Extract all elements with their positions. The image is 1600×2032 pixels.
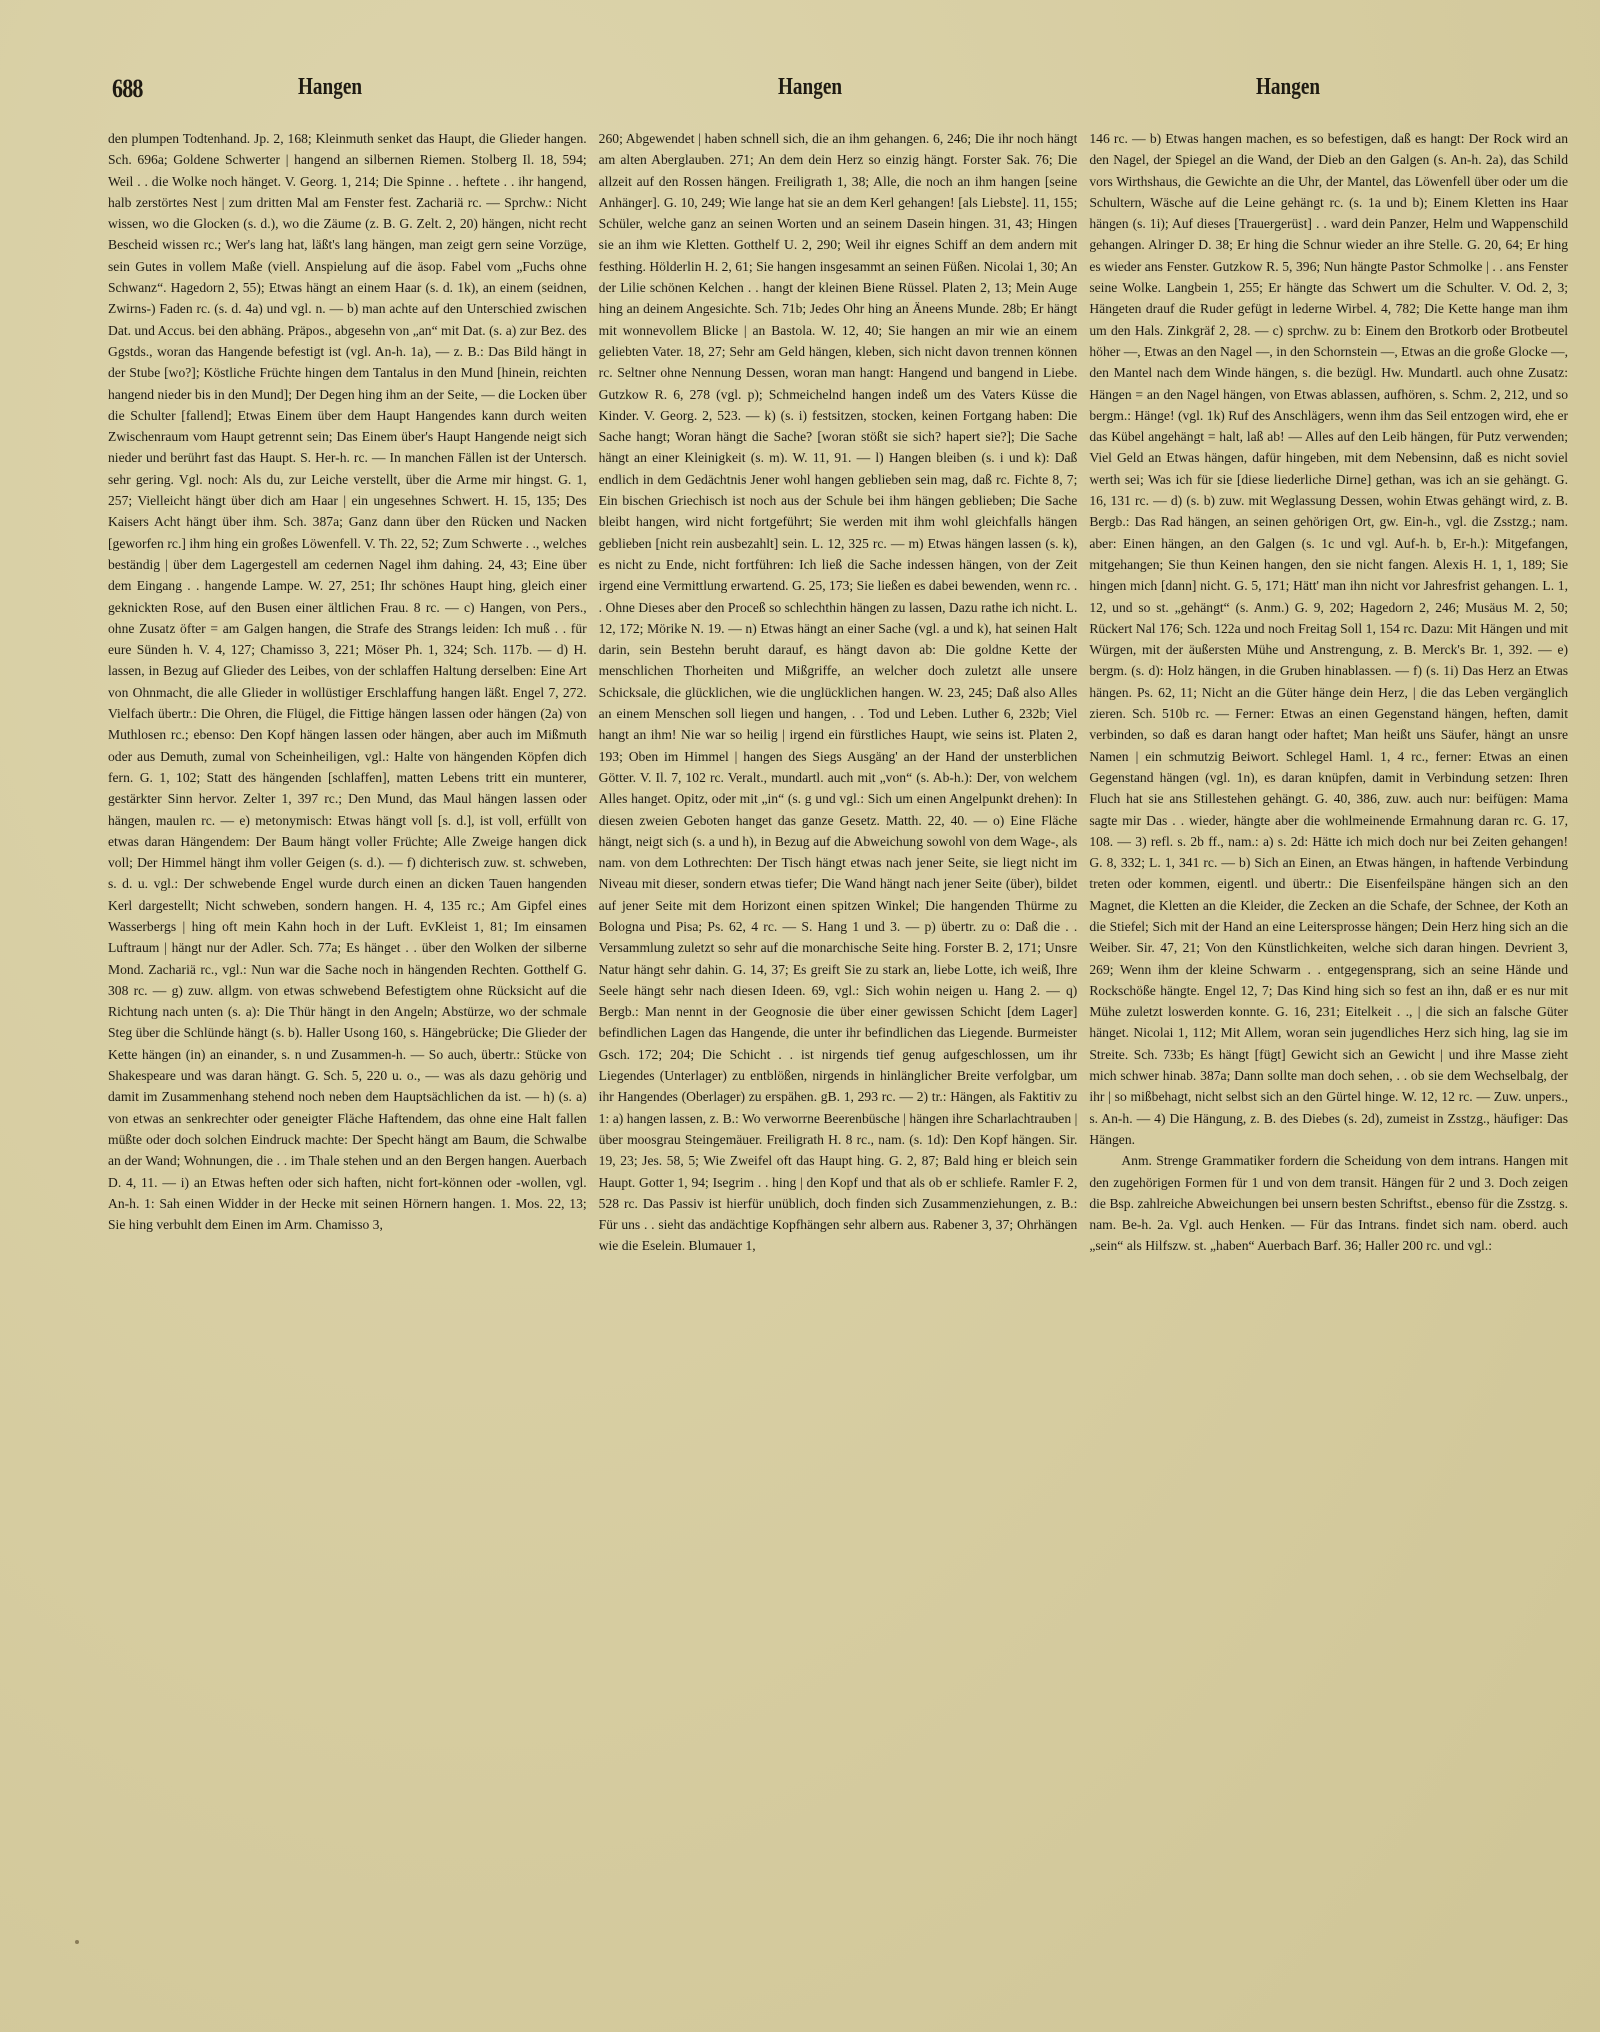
running-head-right: Hangen [1256, 74, 1320, 101]
entry-text: 146 rc. — b) Etwas hangen machen, es so … [1089, 128, 1568, 1150]
running-head-center: Hangen [778, 74, 842, 101]
entry-text: 260; Abgewendet | haben schnell sich, di… [599, 128, 1078, 1257]
column-left: den plumpen Todtenhand. Jp. 2, 168; Klei… [108, 128, 587, 1748]
page-number: 688 [112, 74, 143, 104]
entry-text: den plumpen Todtenhand. Jp. 2, 168; Klei… [108, 128, 587, 1235]
column-middle: 260; Abgewendet | haben schnell sich, di… [599, 128, 1078, 1748]
dictionary-columns: den plumpen Todtenhand. Jp. 2, 168; Klei… [108, 128, 1568, 1748]
running-head-left: Hangen [298, 74, 362, 101]
paper-speck [75, 1940, 79, 1944]
page-header: 688 Hangen Hangen Hangen [0, 70, 1600, 110]
column-right: 146 rc. — b) Etwas hangen machen, es so … [1089, 128, 1568, 1748]
annotation-note: Anm. Strenge Grammatiker fordern die Sch… [1089, 1150, 1568, 1256]
